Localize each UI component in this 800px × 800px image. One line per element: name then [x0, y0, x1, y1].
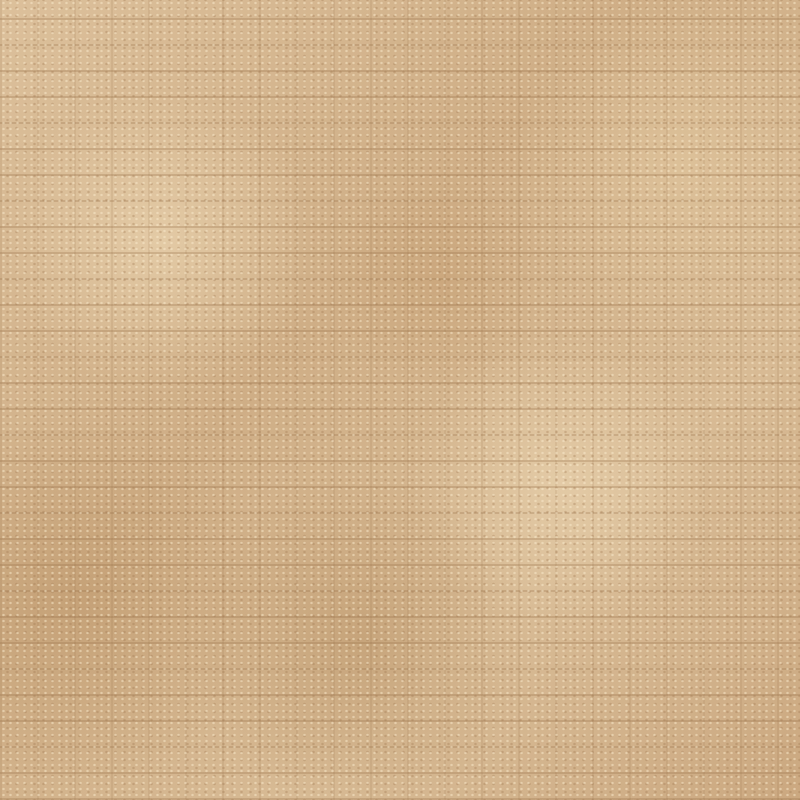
- carpet-texture-photo: [0, 0, 800, 800]
- fiber-speckle-overlay: [0, 0, 800, 800]
